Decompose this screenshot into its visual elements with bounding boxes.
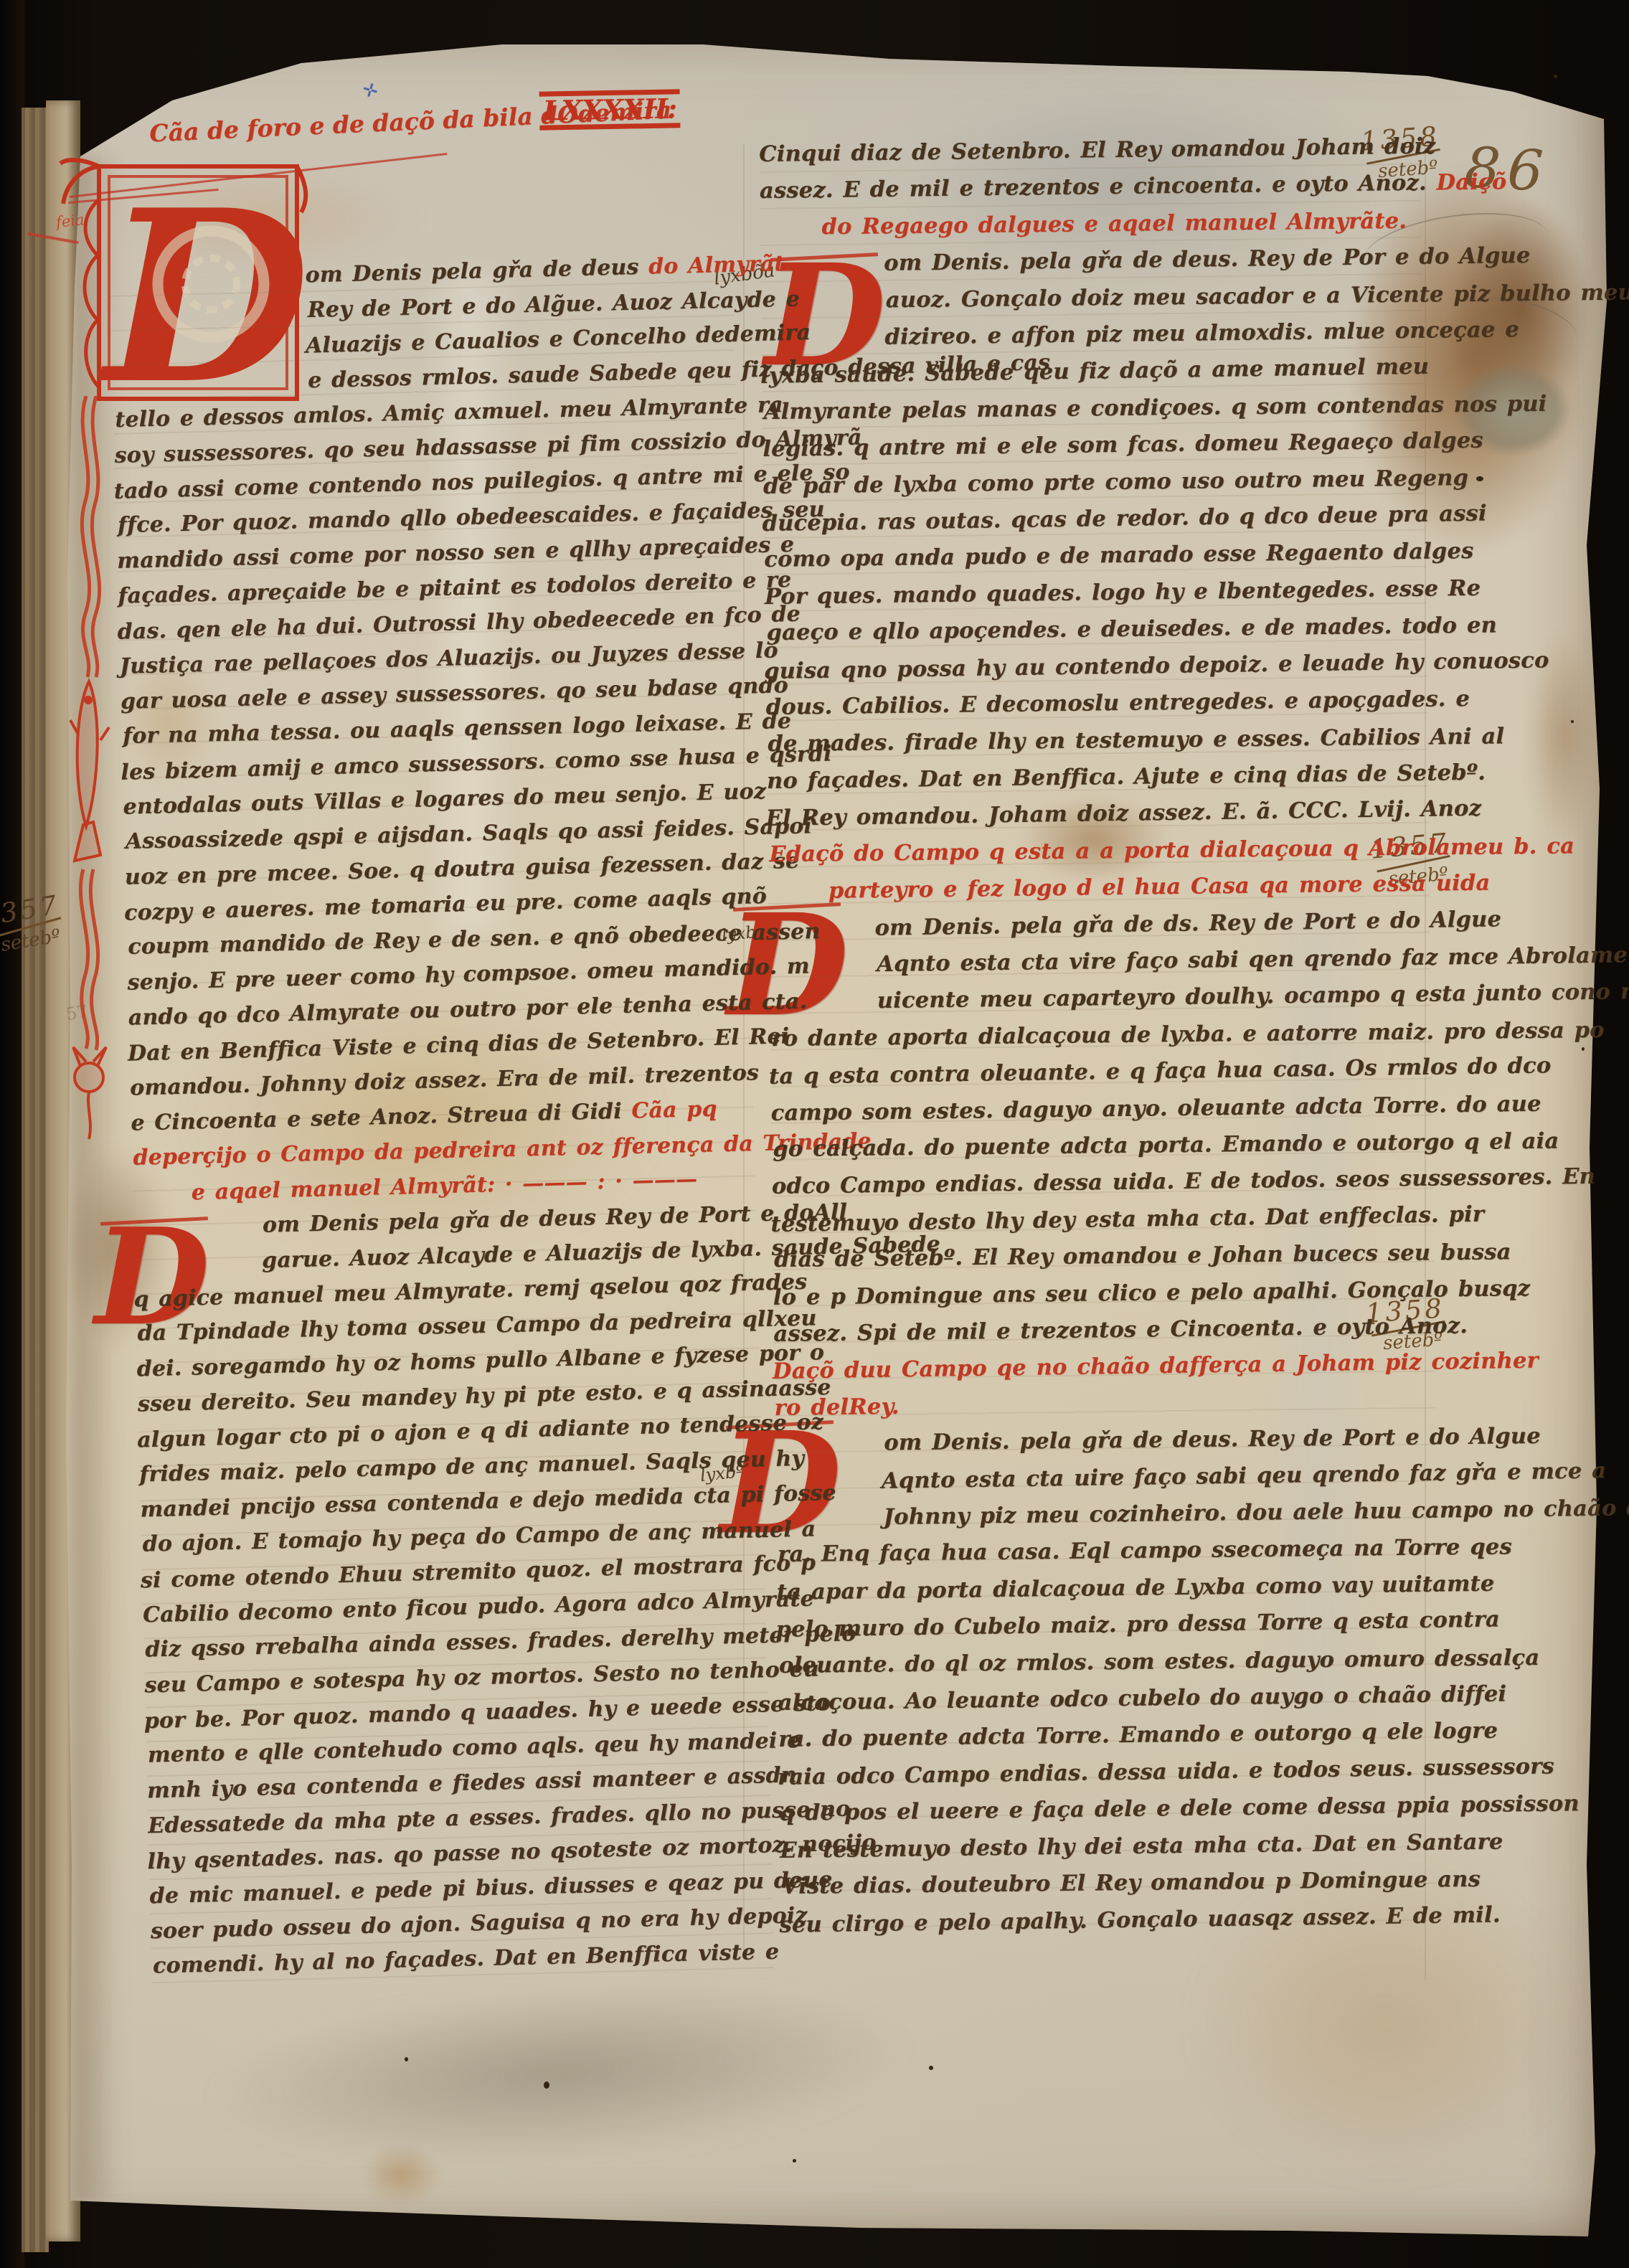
- text-line: de mades. firade lhy en testemuyo e esse…: [768, 719, 1429, 762]
- ink-speck: [1571, 720, 1574, 723]
- ink-text: ducepia. ras outas. qcas de redor. do q …: [762, 501, 1487, 537]
- right-text-column: Cinqui diaz de Setenbro. El Rey omandou …: [759, 128, 1443, 1943]
- ink-text: ra. Enq faça hua casa. Eql campo ssecome…: [778, 1534, 1512, 1568]
- text-line: Almyrante pelas manas e condiçoes. q som…: [763, 387, 1425, 430]
- ink-speck: [929, 2066, 933, 2070]
- ink-text: om Denis. pela gřa de deus. Rey de Port …: [884, 1423, 1541, 1456]
- book-spine-shadow: [0, 0, 24, 2268]
- ink-text: Por ques. mando quades. logo hy e lbente…: [765, 575, 1481, 610]
- ink-text: de par de lyxba como prte como uso outro…: [763, 465, 1468, 499]
- text-line: dias de Setebº. El Rey omandou e Johan b…: [774, 1235, 1435, 1279]
- ink-text: pelo muro do Cubelo maiz. pro dessa Torr…: [775, 1607, 1500, 1643]
- text-line: oleuante. do ql oz rmlos. som estes. dag…: [779, 1640, 1440, 1684]
- ink-text: no façades. Dat en Benffica. Ajute e cin…: [767, 760, 1486, 794]
- fish-drawing: [70, 681, 109, 861]
- ink-speck: [544, 2082, 549, 2089]
- ink-text: Johnny piz meu cozinheiro. dou aele huu …: [883, 1494, 1629, 1530]
- ink-text: El Rey omandou. Joham doiz assez. E. ã. …: [765, 795, 1481, 831]
- ink-text: om Denis. pela gřa de deus. Rey de Por e…: [884, 242, 1531, 276]
- stain-bottom-left-spot: [362, 2145, 441, 2206]
- ink-text: raia odco Campo endias. dessa uida. e to…: [778, 1753, 1554, 1790]
- ink-text: dias de Setebº. El Rey omandou e Johan b…: [774, 1239, 1511, 1272]
- ink-text: assez. Spi de mil e trezentos e Cincoent…: [773, 1313, 1468, 1347]
- rubric-text: Cãa pq: [631, 1097, 717, 1124]
- ink-text: uicente meu caparteyro doulhy. ocampo q …: [877, 978, 1629, 1013]
- ink-text: gaeço e qllo apoçendes. e deuisedes. e d…: [766, 613, 1497, 646]
- smudge-bottom-grey: [203, 1962, 916, 2183]
- ink-speck: [793, 2159, 796, 2163]
- text-line: go calçada. do puente adcta porta. Emand…: [773, 1124, 1434, 1168]
- ink-text: om Denis. pela gřa de ds. Rey de Port e …: [874, 906, 1501, 940]
- ink-text: auoz. Gonçalo doiz meu sacador e a Vicen…: [886, 279, 1629, 313]
- ink-text: dous. Cabilios. E decomoslu entregedes. …: [766, 686, 1470, 720]
- ink-text: ra. do puente adcta Torre. Emando e outo…: [778, 1718, 1498, 1752]
- ink-text: Viste dias. douteubro El Rey omandou p D…: [782, 1866, 1481, 1899]
- ink-text: Cinqui diaz de Setenbro. El Rey omandou …: [759, 133, 1435, 167]
- ink-speck: [1476, 476, 1483, 481]
- left-text-column: om Denis pela gřa de deus do Almyrãt.Rey…: [110, 247, 774, 1984]
- ink-text: como opa anda pudo e de marado esse Rega…: [764, 538, 1474, 572]
- ink-text: seu clirgo e pelo apalhy. Gonçalo uaasqz…: [779, 1901, 1501, 1937]
- ink-speck: [1582, 1047, 1585, 1051]
- rubric-text: Daçõ duu Campo qe no chaão dafferça a Jo…: [773, 1348, 1539, 1384]
- text-line: auoz. Gonçalo doiz meu sacador e a Vicen…: [762, 276, 1424, 320]
- ink-text: lyxba saude. Sabede qeu fiz daçõ a ame m…: [760, 354, 1429, 389]
- ink-text: de mades. firade lhy en testemuyo e esse…: [768, 723, 1504, 757]
- text-line: ra. Enq faça hua casa. Eql campo ssecome…: [778, 1530, 1439, 1574]
- rubric-text: parteyro e fez logo d el hua Casa qa mor…: [828, 870, 1491, 904]
- ink-speck: [1554, 75, 1557, 78]
- creature-head-drawing: [73, 1047, 106, 1139]
- chapter-numeral-band: LXXXXII:: [539, 89, 681, 130]
- margin-ornament-band: [65, 396, 115, 1142]
- ink-text: ta apar da porta dialcaçoua de Lyxba com…: [777, 1570, 1495, 1605]
- manuscript-photo: ✛ Cãa de foro e de daçõ da bila dOdemira…: [0, 0, 1629, 2268]
- ink-text: om Denis pela gřa de deus: [305, 255, 648, 288]
- ink-text: dizireo. e affon piz meu almoxdis. mlue …: [884, 316, 1519, 350]
- text-line: Edaçõ do Campo q esta a a porta dialcaço…: [769, 829, 1430, 873]
- ink-text: campo som estes. daguyo anyo. oleuante a…: [770, 1090, 1541, 1125]
- text-line: do Regaego dalgues e aqael manuel Almyrã…: [761, 202, 1422, 246]
- rubric-text: do Regaego dalgues e aqael manuel Almyrã…: [821, 208, 1407, 240]
- ink-text: assez. E de mil e trezentos e cincoenta.…: [760, 170, 1437, 204]
- rubric-text: ro delRey.: [774, 1394, 899, 1421]
- ink-text: Aqnto esta cta uire faço sabi qeu qrendo…: [882, 1457, 1607, 1493]
- rubric-text: Daiçõ: [1436, 169, 1506, 196]
- ink-text: lo e p Domingue ans seu clico e pelo apa…: [773, 1275, 1531, 1310]
- ink-text: alcaçoua. Ao leuante odco cubelo do auyg…: [778, 1681, 1506, 1715]
- ink-text: En testemuyo desto lhy dei esta mha cta.…: [780, 1828, 1503, 1863]
- ink-text: legias. q antre mi e ele som fcas. domeu…: [762, 427, 1483, 462]
- ink-text: Aqnto esta cta vire faço sabi qen qrendo…: [877, 942, 1629, 977]
- ink-text: testemuyo desto lhy dey esta mha cta. Da…: [770, 1201, 1484, 1237]
- page-edge-strip: [22, 108, 49, 2252]
- ink-text: oleuante. do ql oz rmlos. som estes. dag…: [779, 1645, 1540, 1678]
- ink-speck: [405, 2057, 408, 2061]
